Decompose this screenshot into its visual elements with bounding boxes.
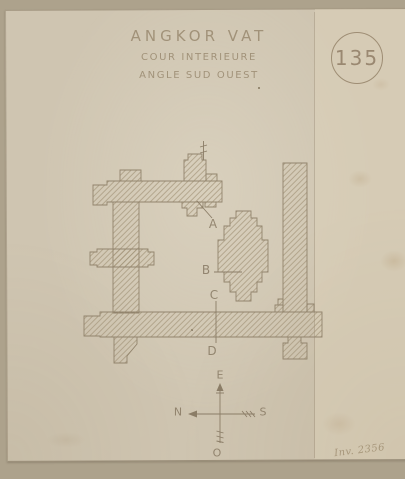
wall-segment — [84, 312, 322, 337]
wall-segment — [283, 337, 307, 359]
compass-label-north: N — [174, 406, 182, 419]
wall-segment — [184, 154, 206, 181]
pillar-section — [218, 211, 268, 301]
floor-plan-drawing — [0, 0, 405, 479]
wall-segment — [278, 299, 283, 305]
compass-label-south: S — [260, 406, 267, 419]
wall-segment — [90, 249, 154, 267]
wall-segment — [114, 337, 137, 363]
compass-label-east: E — [217, 369, 224, 382]
plan-label-a: A — [209, 217, 217, 231]
wall-segment — [93, 181, 222, 205]
compass-rose — [188, 383, 255, 443]
wall-segment — [206, 174, 217, 181]
plan-label-d: D — [207, 344, 216, 358]
wall-segment — [307, 304, 314, 312]
compass-north-arrow — [188, 411, 197, 418]
wall-segment — [205, 202, 216, 207]
scanned-drawing-page: { "document": { "title": "ANGKOR VAT", "… — [0, 0, 405, 479]
wall-segment — [120, 170, 141, 181]
compass-label-west: O — [213, 447, 222, 460]
plan-label-c: C — [210, 288, 218, 302]
plan-label-b: B — [202, 263, 210, 277]
wall-segment — [283, 163, 307, 312]
hatched-walls — [84, 154, 322, 363]
compass-fleur-icon — [217, 383, 224, 391]
wall-segment — [275, 305, 283, 312]
